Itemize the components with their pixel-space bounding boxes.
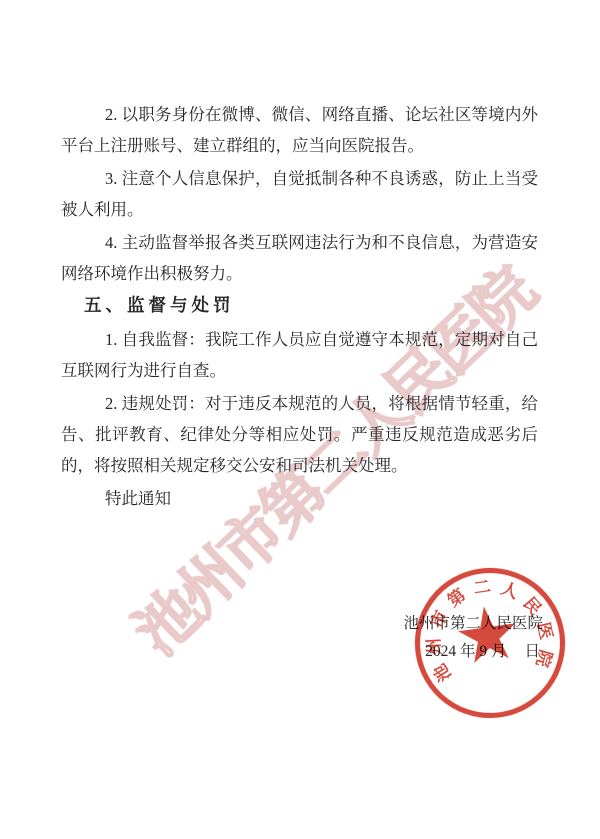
section-heading: 五、监督与处罚	[61, 291, 538, 322]
seal-arc-char: 二	[472, 572, 492, 599]
paragraph: 4. 主动监督举报各类互联网违法行为和不良信息，为营造安全网络环境作出积极努力。	[61, 227, 538, 289]
text-line: 特此通知	[61, 483, 538, 514]
text-line: 的，将按照相关规定移交公安和司法机关处理。	[61, 450, 538, 481]
seal-arc-char: 池	[426, 660, 456, 688]
paragraph: 1. 自我监督：我院工作人员应自觉遵守本规范，定期对自己的互联网行为进行自查。	[61, 324, 538, 386]
paragraph: 2. 以职务身份在微博、微信、网络直播、论坛社区等境内外网 络平台上注册账号、建…	[61, 99, 538, 161]
document-page: 池州市第二人民医院 2. 以职务身份在微博、微信、网络直播、论坛社区等境内外网 …	[0, 0, 600, 839]
document-body: 2. 以职务身份在微博、微信、网络直播、论坛社区等境内外网 络平台上注册账号、建…	[61, 99, 538, 516]
seal-arc-char: 第	[441, 581, 470, 611]
paragraph: 3. 注意个人信息保护，自觉抵制各种不良诱惑，防止上当受骗、被人利用。	[61, 163, 538, 225]
text-line: 1. 自我监督：我院工作人员应自觉遵守本规范，定期对自己的	[61, 324, 538, 355]
signature-date-suffix: 日	[524, 639, 540, 661]
text-line: 2. 违规处罚：对于违反本规范的人员，将根据情节轻重，给予 警	[61, 388, 538, 419]
text-line: 互联网行为进行自查。	[61, 355, 538, 386]
seal-arc-char: 人	[498, 574, 523, 603]
seal-arc-text: 池州市第二人民医院	[403, 556, 556, 577]
signature-date: 2024 年 9 月 日	[425, 639, 540, 661]
text-line: 被人利用。	[61, 194, 538, 225]
text-line: 4. 主动监督举报各类互联网违法行为和不良信息，为营造安全	[61, 227, 538, 258]
text-line: 告、批评教育、纪律处分等相应处罚。严重违反规范造成恶劣后果	[61, 419, 538, 450]
paragraph: 2. 违规处罚：对于违反本规范的人员，将根据情节轻重，给予 警告、批评教育、纪律…	[61, 388, 538, 481]
paragraph: 特此通知	[61, 483, 538, 514]
signature-organization: 池州市第二人民医院	[403, 611, 543, 633]
text-line: 五、监督与处罚	[61, 291, 538, 322]
signature-date-prefix: 2024 年 9 月	[425, 639, 506, 661]
text-line: 平台上注册账号、建立群组的，应当向医院报告。	[61, 130, 538, 161]
text-line: 3. 注意个人信息保护，自觉抵制各种不良诱惑，防止上当受骗、	[61, 163, 538, 194]
text-line: 2. 以职务身份在微博、微信、网络直播、论坛社区等境内外网 络	[61, 99, 538, 130]
text-line: 网络环境作出积极努力。	[61, 258, 538, 289]
